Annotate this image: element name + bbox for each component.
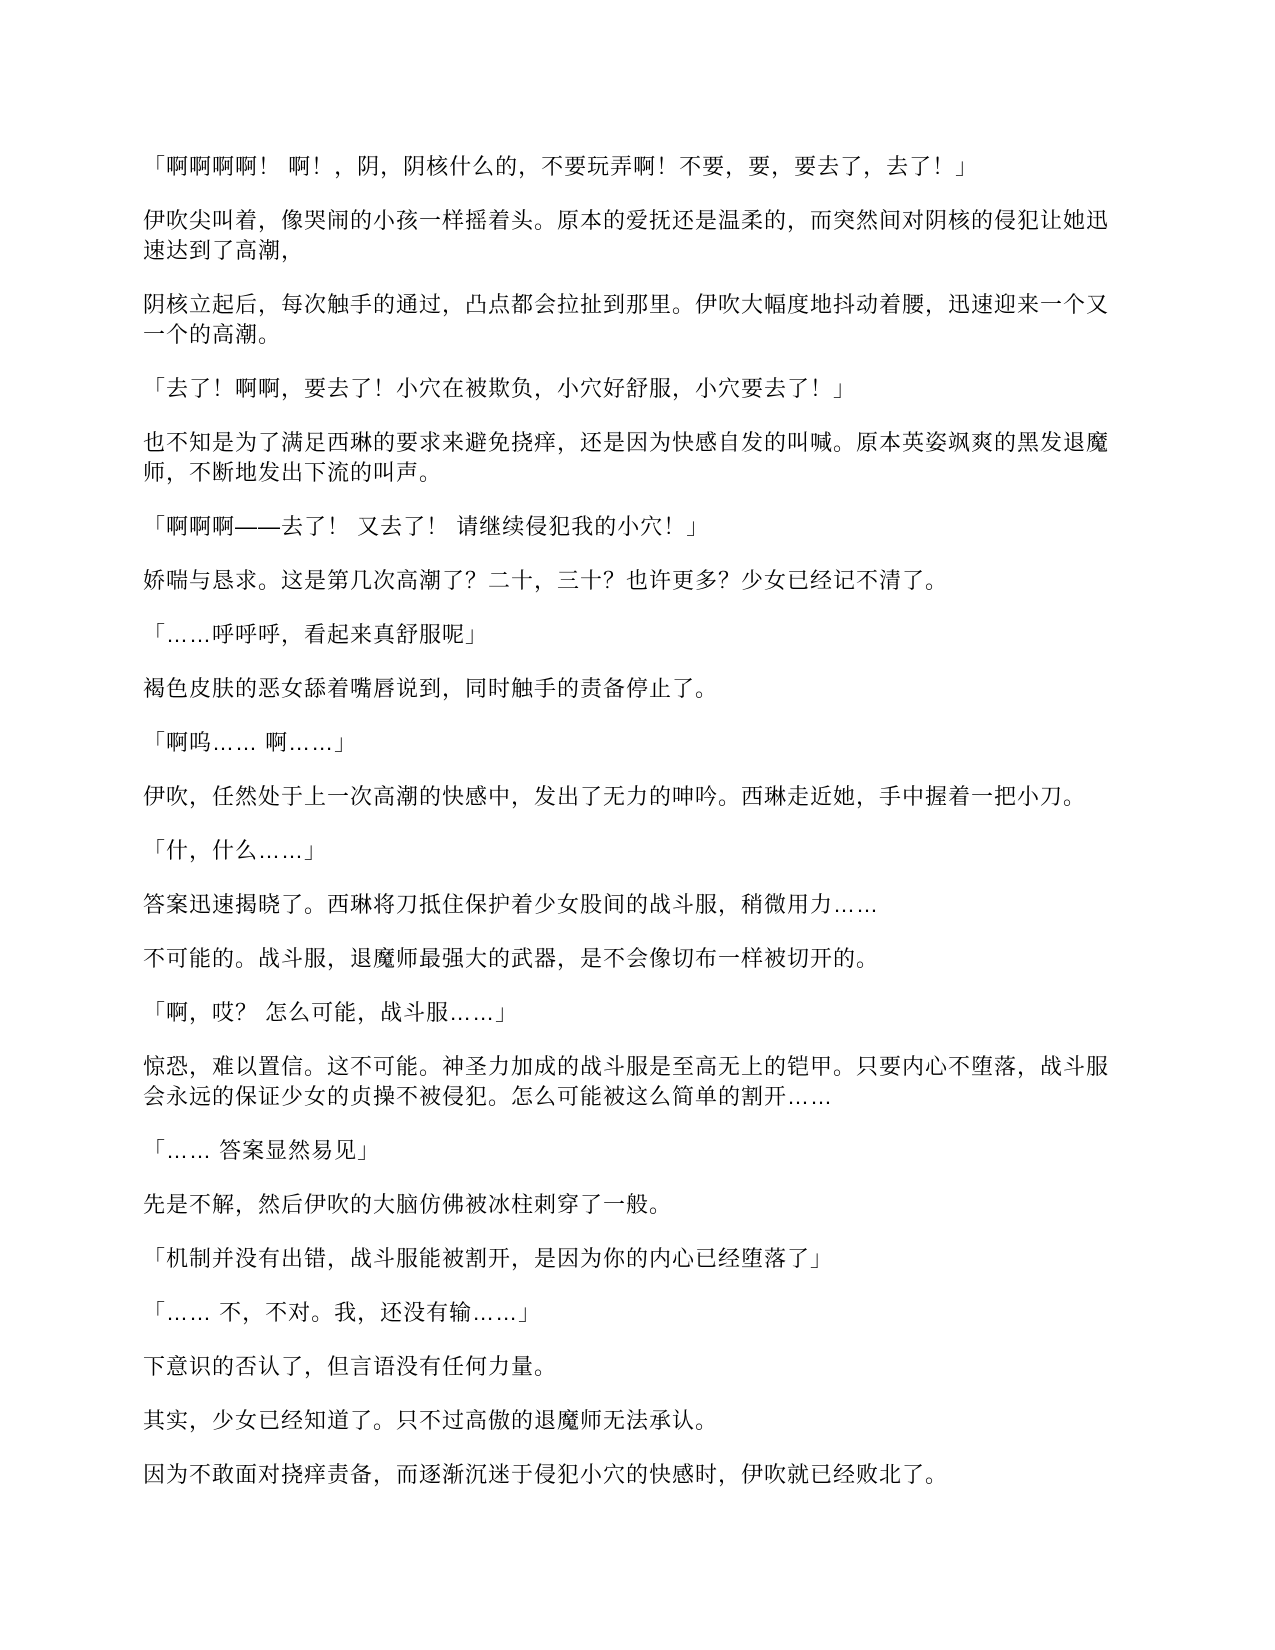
- paragraph: 「啊啊啊啊！ 啊！，阴，阴核什么的，不要玩弄啊！不要，要，要去了，去了！」: [143, 152, 1120, 182]
- paragraph: 下意识的否认了，但言语没有任何力量。: [143, 1352, 1120, 1382]
- paragraph: 先是不解，然后伊吹的大脑仿佛被冰柱刺穿了一般。: [143, 1190, 1120, 1220]
- document-page: 「啊啊啊啊！ 啊！，阴，阴核什么的，不要玩弄啊！不要，要，要去了，去了！」 伊吹…: [0, 0, 1275, 1650]
- paragraph: 不可能的。战斗服，退魔师最强大的武器，是不会像切布一样被切开的。: [143, 944, 1120, 974]
- paragraph: 「…… 不，不对。我，还没有输……」: [143, 1298, 1120, 1328]
- paragraph: 伊吹尖叫着，像哭闹的小孩一样摇着头。原本的爱抚还是温柔的，而突然间对阴核的侵犯让…: [143, 206, 1120, 266]
- paragraph: 娇喘与恳求。这是第几次高潮了？二十，三十？也许更多？少女已经记不清了。: [143, 566, 1120, 596]
- paragraph: 「去了！啊啊，要去了！小穴在被欺负，小穴好舒服，小穴要去了！」: [143, 374, 1120, 404]
- paragraph: 伊吹，任然处于上一次高潮的快感中，发出了无力的呻吟。西琳走近她，手中握着一把小刀…: [143, 782, 1120, 812]
- paragraph: 「…… 答案显然易见」: [143, 1136, 1120, 1166]
- paragraph: 「机制并没有出错，战斗服能被割开，是因为你的内心已经堕落了」: [143, 1244, 1120, 1274]
- paragraph: 「什，什么……」: [143, 836, 1120, 866]
- paragraph: 答案迅速揭晓了。西琳将刀抵住保护着少女股间的战斗服，稍微用力……: [143, 890, 1120, 920]
- paragraph: 惊恐，难以置信。这不可能。神圣力加成的战斗服是至高无上的铠甲。只要内心不堕落，战…: [143, 1052, 1120, 1112]
- paragraph: 「……呼呼呼，看起来真舒服呢」: [143, 620, 1120, 650]
- paragraph: 阴核立起后，每次触手的通过，凸点都会拉扯到那里。伊吹大幅度地抖动着腰，迅速迎来一…: [143, 290, 1120, 350]
- paragraph: 「啊，哎？ 怎么可能，战斗服……」: [143, 998, 1120, 1028]
- paragraph: 「啊啊啊——去了！ 又去了！ 请继续侵犯我的小穴！」: [143, 512, 1120, 542]
- paragraph: 也不知是为了满足西琳的要求来避免挠痒，还是因为快感自发的叫喊。原本英姿飒爽的黑发…: [143, 428, 1120, 488]
- paragraph: 其实，少女已经知道了。只不过高傲的退魔师无法承认。: [143, 1406, 1120, 1436]
- paragraph: 因为不敢面对挠痒责备，而逐渐沉迷于侵犯小穴的快感时，伊吹就已经败北了。: [143, 1460, 1120, 1490]
- paragraph: 褐色皮肤的恶女舔着嘴唇说到，同时触手的责备停止了。: [143, 674, 1120, 704]
- paragraph: 「啊呜…… 啊……」: [143, 728, 1120, 758]
